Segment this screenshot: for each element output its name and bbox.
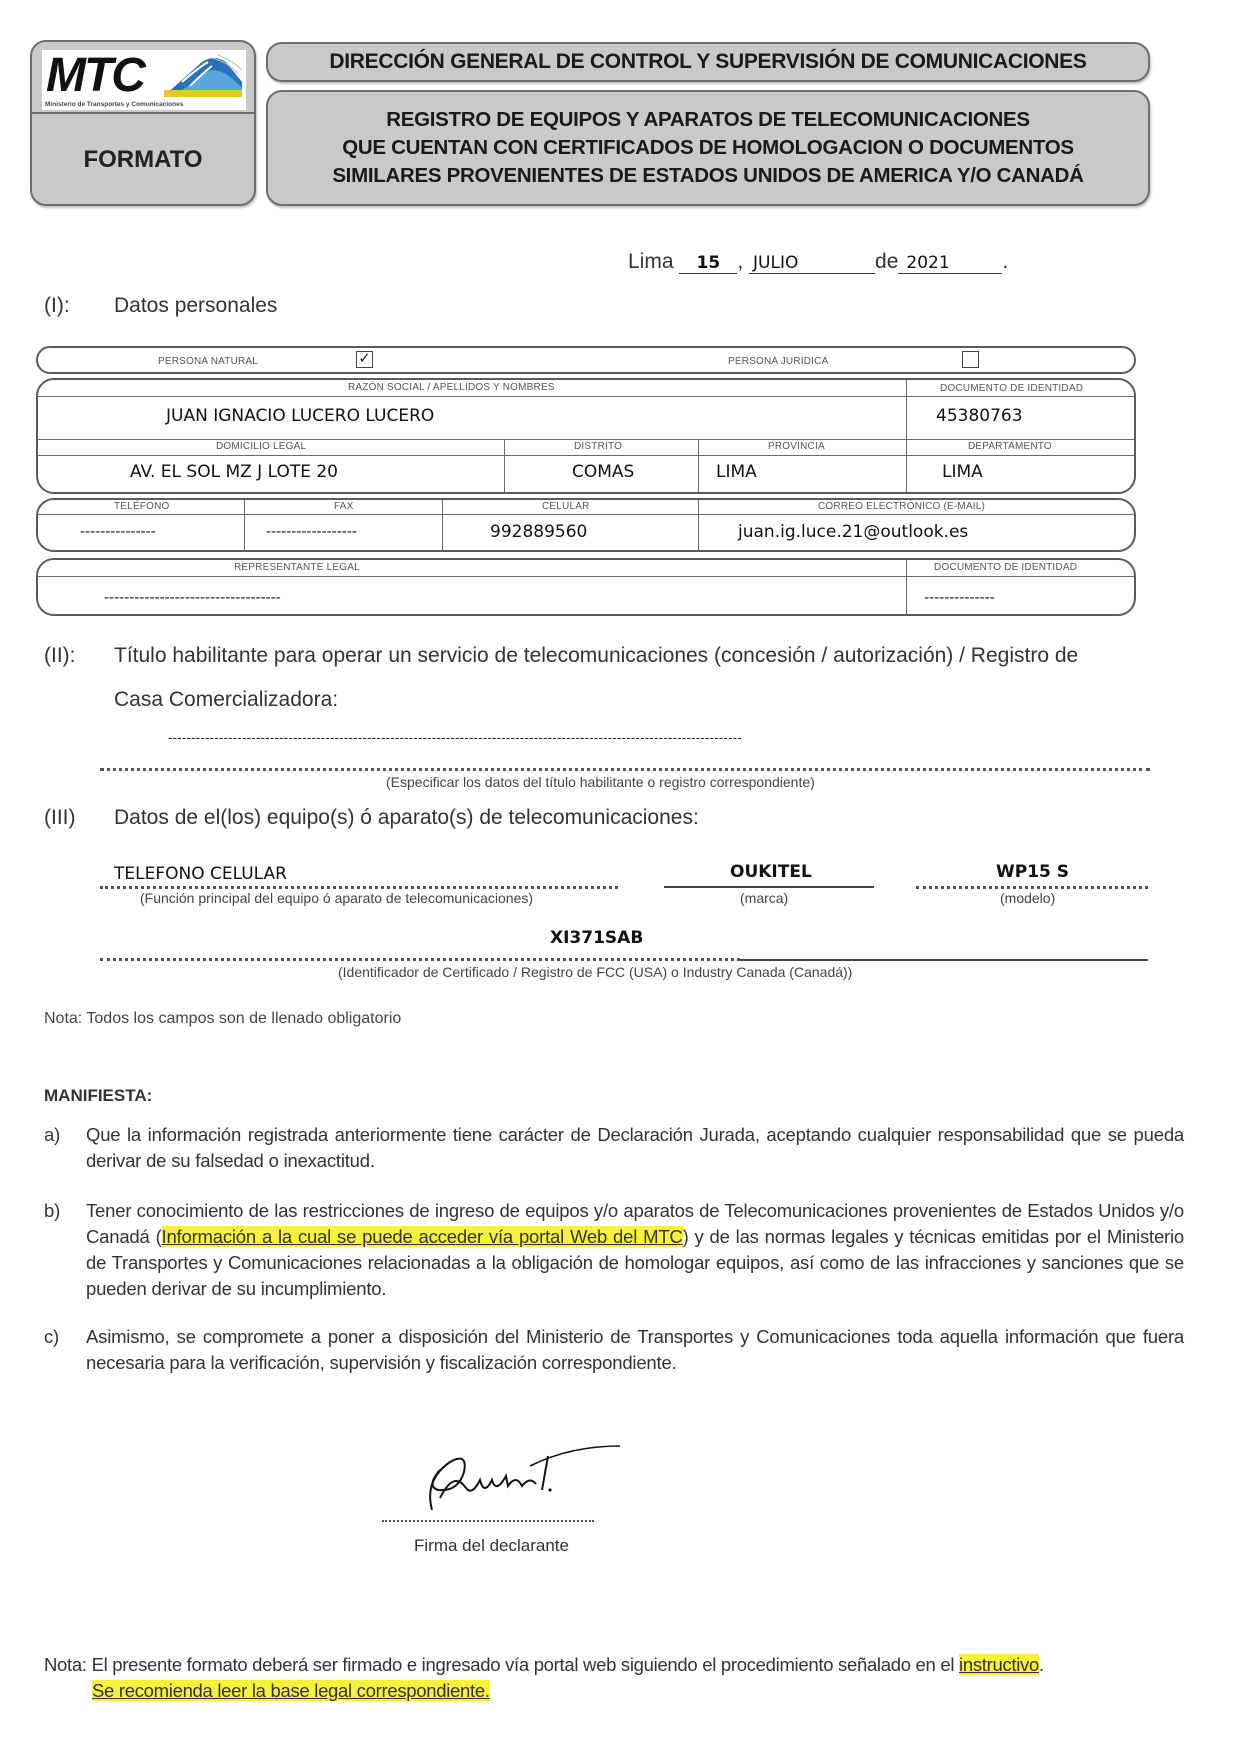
razon-social-value[interactable]: JUAN IGNACIO LUCERO LUCERO bbox=[166, 406, 434, 426]
contact-block: TELÉFONO --------------- FAX -----------… bbox=[36, 498, 1136, 552]
persona-juridica-checkbox[interactable] bbox=[962, 351, 979, 368]
nota-final: Nota: El presente formato deberá ser fir… bbox=[44, 1652, 1184, 1704]
marca-value[interactable]: OUKITEL bbox=[730, 862, 812, 882]
fax-label: FAX bbox=[334, 501, 354, 512]
marca-caption: (marca) bbox=[740, 890, 788, 906]
modelo-value[interactable]: WP15 S bbox=[996, 862, 1069, 882]
razon-social-label: RAZÓN SOCIAL / APELLIDOS Y NOMBRES bbox=[348, 382, 555, 393]
marca-underline bbox=[664, 886, 874, 888]
distrito-label: DISTRITO bbox=[574, 441, 622, 452]
instructivo-link[interactable]: instructivo bbox=[959, 1654, 1039, 1675]
header-logo-box: MTC Ministerio de Transportes y Comunica… bbox=[30, 40, 256, 206]
manifiesta-item-c: c) Asimismo, se compromete a poner a dis… bbox=[86, 1324, 1184, 1376]
register-title-line: SIMILARES PROVENIENTES DE ESTADOS UNIDOS… bbox=[332, 162, 1083, 190]
nota-final-text: El presente formato deberá ser firmado e… bbox=[92, 1654, 955, 1675]
section2-caption: (Especificar los datos del título habili… bbox=[386, 774, 815, 790]
register-title-line: REGISTRO DE EQUIPOS Y APARATOS DE TELECO… bbox=[386, 106, 1030, 134]
representante-label: REPRESENTANTE LEGAL bbox=[234, 562, 360, 573]
signature-image bbox=[410, 1440, 630, 1520]
identificador-value[interactable]: XI371SAB bbox=[550, 928, 643, 948]
item-marker: c) bbox=[44, 1324, 59, 1350]
manifiesta-item-b: b) Tener conocimiento de las restriccion… bbox=[86, 1198, 1184, 1302]
date-year[interactable]: 2021 bbox=[898, 253, 1002, 274]
divider bbox=[698, 500, 699, 550]
nota-final-prefix: Nota: bbox=[44, 1654, 87, 1675]
celular-value[interactable]: 992889560 bbox=[490, 522, 587, 542]
celular-label: CELULAR bbox=[542, 501, 590, 512]
divider bbox=[504, 439, 505, 492]
funcion-caption: (Función principal del equipo ó aparato … bbox=[140, 890, 533, 906]
documento-identidad-value[interactable]: 45380763 bbox=[936, 406, 1023, 426]
logo-area: MTC Ministerio de Transportes y Comunica… bbox=[32, 42, 254, 114]
identificador-underline bbox=[100, 958, 740, 961]
representative-block: REPRESENTANTE LEGAL --------------------… bbox=[36, 558, 1136, 616]
direction-title: DIRECCIÓN GENERAL DE CONTROL Y SUPERVISI… bbox=[266, 42, 1150, 82]
fax-value[interactable]: ------------------ bbox=[266, 524, 357, 540]
mtc-logo: MTC Ministerio de Transportes y Comunica… bbox=[42, 50, 246, 110]
item-marker: a) bbox=[44, 1122, 60, 1148]
mtc-wave-icon bbox=[162, 52, 244, 98]
email-label: CORREO ELECTRÓNICO (E-MAIL) bbox=[818, 501, 985, 512]
persona-type-row: PERSONA NATURAL ✓ PERSONA JURIDICA bbox=[36, 346, 1136, 374]
mtc-portal-link[interactable]: Información a la cual se puede acceder v… bbox=[162, 1226, 683, 1247]
date-de: de bbox=[875, 250, 898, 273]
identificador-underline-solid bbox=[740, 959, 1148, 961]
signature-caption: Firma del declarante bbox=[414, 1536, 569, 1556]
section2-title-line2: Casa Comercializadora: bbox=[114, 688, 338, 712]
date-month[interactable]: JULIO bbox=[749, 253, 875, 274]
date-city: Lima bbox=[628, 250, 674, 273]
modelo-caption: (modelo) bbox=[1000, 890, 1055, 906]
identificador-caption: (Identificador de Certificado / Registro… bbox=[338, 964, 852, 980]
divider bbox=[244, 500, 245, 550]
representante-value[interactable]: ----------------------------------- bbox=[104, 590, 281, 606]
logo-text: MTC bbox=[46, 48, 144, 103]
item-text: Asimismo, se compromete a poner a dispos… bbox=[86, 1326, 1184, 1373]
provincia-value[interactable]: LIMA bbox=[716, 462, 757, 482]
section1-heading: (I):Datos personales bbox=[44, 294, 277, 318]
departamento-value[interactable]: LIMA bbox=[942, 462, 983, 482]
nota-obligatorio: Nota: Todos los campos son de llenado ob… bbox=[44, 1010, 401, 1028]
manifiesta-title: MANIFIESTA: bbox=[44, 1086, 152, 1106]
item-text: Que la información registrada anteriorme… bbox=[86, 1124, 1184, 1171]
domicilio-value[interactable]: AV. EL SOL MZ J LOTE 20 bbox=[130, 462, 338, 482]
persona-natural-checkbox[interactable]: ✓ bbox=[356, 351, 373, 368]
divider bbox=[38, 455, 1134, 456]
persona-juridica-label: PERSONA JURIDICA bbox=[728, 356, 828, 367]
divider bbox=[38, 439, 1134, 440]
section2-underline bbox=[100, 768, 1150, 771]
persona-natural-label: PERSONA NATURAL bbox=[158, 356, 258, 367]
departamento-label: DEPARTAMENTO bbox=[968, 441, 1052, 452]
item-marker: b) bbox=[44, 1198, 60, 1224]
manifiesta-item-a: a) Que la información registrada anterio… bbox=[86, 1122, 1184, 1174]
telefono-label: TELÉFONO bbox=[114, 501, 170, 512]
domicilio-label: DOMICILIO LEGAL bbox=[216, 441, 306, 452]
divider bbox=[698, 439, 699, 492]
date-day[interactable]: 15 bbox=[679, 253, 737, 274]
modelo-underline bbox=[916, 886, 1148, 889]
identity-address-block: RAZÓN SOCIAL / APELLIDOS Y NOMBRES JUAN … bbox=[36, 378, 1136, 494]
divider bbox=[906, 560, 907, 614]
rep-documento-label: DOCUMENTO DE IDENTIDAD bbox=[934, 562, 1077, 573]
section3-number: (III) bbox=[44, 806, 114, 830]
email-value[interactable]: juan.ig.luce.21@outlook.es bbox=[738, 522, 968, 542]
section2-title-line1: Título habilitante para operar un servic… bbox=[114, 644, 1078, 667]
signature-line bbox=[382, 1520, 594, 1522]
provincia-label: PROVINCIA bbox=[768, 441, 825, 452]
funcion-value[interactable]: TELEFONO CELULAR bbox=[114, 864, 287, 884]
divider bbox=[38, 514, 1134, 515]
funcion-underline bbox=[100, 886, 618, 889]
telefono-value[interactable]: --------------- bbox=[80, 524, 156, 540]
divider bbox=[38, 396, 1134, 397]
section2-heading: (II):Título habilitante para operar un s… bbox=[44, 644, 1078, 668]
logo-subtitle: Ministerio de Transportes y Comunicacion… bbox=[45, 101, 183, 108]
section1-title: Datos personales bbox=[114, 294, 277, 317]
documento-identidad-label: DOCUMENTO DE IDENTIDAD bbox=[940, 383, 1083, 394]
section3-title: Datos de el(los) equipo(s) ó aparato(s) … bbox=[114, 806, 699, 829]
distrito-value[interactable]: COMAS bbox=[572, 462, 634, 482]
base-legal-link[interactable]: Se recomienda leer la base legal corresp… bbox=[92, 1680, 490, 1701]
section3-heading: (III)Datos de el(los) equipo(s) ó aparat… bbox=[44, 806, 699, 830]
date-line: Lima 15, JULIOde2021. bbox=[628, 250, 1008, 274]
formato-label: FORMATO bbox=[32, 114, 254, 206]
register-title-line: QUE CUENTAN CON CERTIFICADOS DE HOMOLOGA… bbox=[342, 134, 1074, 162]
divider bbox=[442, 500, 443, 550]
divider bbox=[906, 380, 907, 492]
divider bbox=[38, 576, 1134, 577]
register-title: REGISTRO DE EQUIPOS Y APARATOS DE TELECO… bbox=[266, 90, 1150, 206]
section1-number: (I): bbox=[44, 294, 114, 318]
rep-documento-value[interactable]: -------------- bbox=[924, 590, 995, 606]
section2-number: (II): bbox=[44, 644, 114, 668]
section2-value[interactable]: ----------------------------------------… bbox=[168, 730, 742, 745]
